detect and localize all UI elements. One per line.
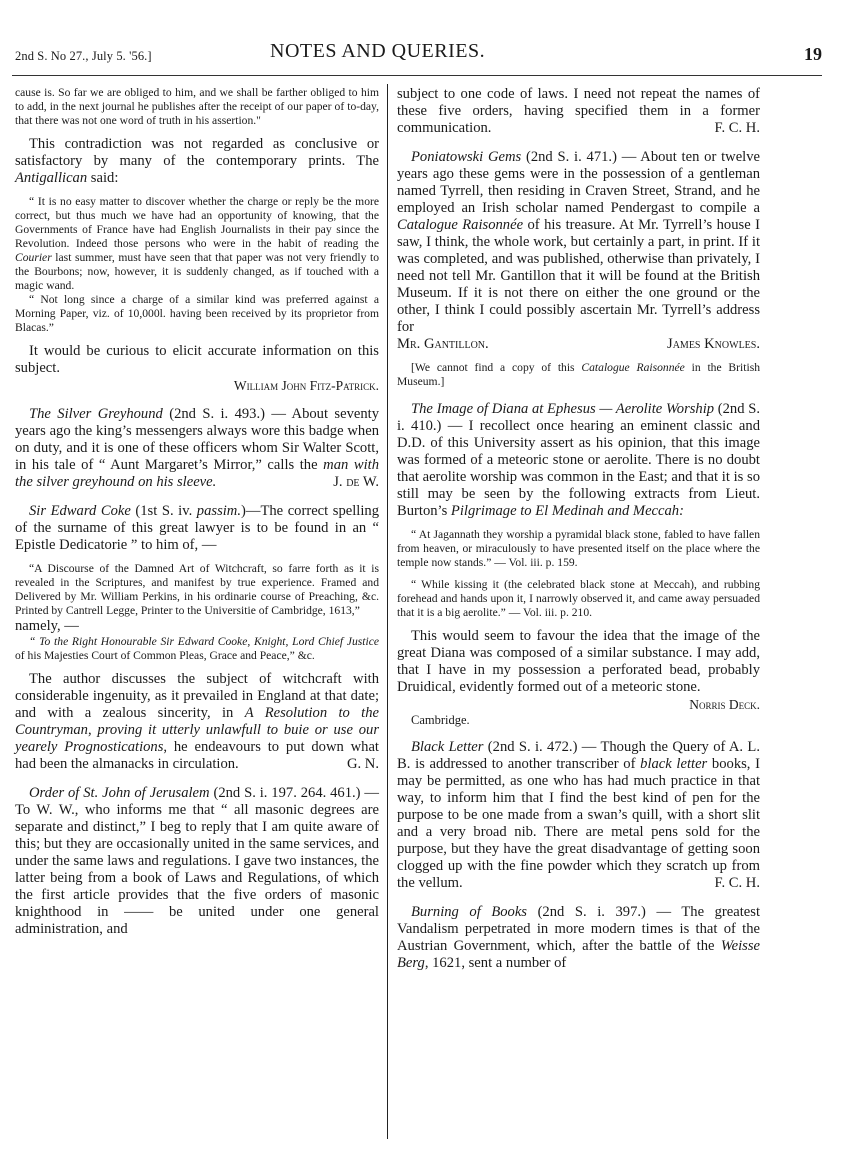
article-burning-of-books: Burning of Books (2nd S. i. 397.) — The … <box>397 904 760 972</box>
text: (2nd S. i. 410.) — I recollect once hear… <box>397 401 760 519</box>
block-quote: “ While kissing it (the celebrated black… <box>397 578 760 620</box>
article-title: Order of St. John of Jerusalem <box>29 785 210 801</box>
signature: James Knowles. <box>667 336 760 353</box>
editor-note: [We cannot find a copy of this Catalogue… <box>397 361 760 389</box>
text: , <box>88 722 97 738</box>
header-rule <box>12 75 822 76</box>
text: “ It is no easy matter to discover wheth… <box>15 195 379 250</box>
article-title: Black Letter <box>411 739 483 755</box>
block-quote: “ At Jagannath they worship a pyramidal … <box>397 528 760 570</box>
running-header: 2nd S. No 27., July 5. '56.] NOTES AND Q… <box>15 44 822 70</box>
block-quote: “A Discourse of the Damned Art of Witchc… <box>15 562 379 618</box>
paragraph: namely, — <box>15 618 379 635</box>
article-title: Sir Edward Coke <box>29 503 131 519</box>
text: Mr. Gantillon. <box>397 336 489 353</box>
paragraph: The author discusses the subject of witc… <box>15 671 379 773</box>
block-quote: “ To the Right Honourable Sir Edward Coo… <box>15 635 379 663</box>
text: said: <box>87 170 118 186</box>
signature: F. C. H. <box>715 120 760 137</box>
text: This contradiction was not regarded as c… <box>15 136 379 169</box>
journal-title: NOTES AND QUERIES. <box>270 40 485 63</box>
text: (1st S. iv. <box>131 503 197 519</box>
block-quote: “ Not long since a charge of a similar k… <box>15 293 379 335</box>
place: Cambridge. <box>397 713 760 727</box>
article-title: The Silver Greyhound <box>29 406 163 422</box>
italic-title: Catalogue Raisonnée <box>397 217 523 233</box>
issue-info: 2nd S. No 27., July 5. '56.] <box>15 49 152 64</box>
text: subject to one code of laws. I need not … <box>397 86 760 136</box>
text: (2nd S. i. 197. 264. 461.) — To W. W., w… <box>15 785 379 937</box>
article-title: The Image of Diana at Ephesus — Aerolite… <box>411 401 714 417</box>
article-sir-edward-coke: Sir Edward Coke (1st S. iv. passim.)—The… <box>15 503 379 554</box>
italic-text: “ To the Right Honourable Sir Edward Coo… <box>29 635 379 648</box>
right-column: subject to one code of laws. I need not … <box>397 86 760 972</box>
italic-title: Antigallican <box>15 170 87 186</box>
italic-title: Pilgrimage to El Medinah and Meccah: <box>451 503 684 519</box>
paragraph: This would seem to favour the idea that … <box>397 628 760 696</box>
text: , 1621, sent a number of <box>425 955 566 971</box>
text: books, I may be permitted, as one who ha… <box>397 756 760 891</box>
quote-continuation: cause is. So far we are obliged to him, … <box>15 86 379 128</box>
italic-title: Catalogue Raisonnée <box>581 361 684 374</box>
left-column: cause is. So far we are obliged to him, … <box>15 86 379 938</box>
article-title: Poniatowski Gems <box>411 149 521 165</box>
signature: F. C. H. <box>701 875 760 892</box>
article-image-of-diana: The Image of Diana at Ephesus — Aerolite… <box>397 401 760 520</box>
text: of his Majesties Court of Common Pleas, … <box>15 649 315 662</box>
paragraph: subject to one code of laws. I need not … <box>397 86 760 137</box>
italic-title: Courier <box>15 251 52 264</box>
article-title: Burning of Books <box>411 904 527 920</box>
text: last summer, must have seen that that pa… <box>15 251 379 292</box>
text: [We cannot find a copy of this <box>411 361 581 374</box>
article-poniatowski-gems: Poniatowski Gems (2nd S. i. 471.) — Abou… <box>397 149 760 336</box>
signature: J. de W. <box>319 474 379 491</box>
paragraph: This contradiction was not regarded as c… <box>15 136 379 187</box>
page-number: 19 <box>804 44 822 65</box>
signature-line: Mr. Gantillon. James Knowles. <box>397 336 760 353</box>
block-quote: “ It is no easy matter to discover wheth… <box>15 195 379 293</box>
column-divider <box>387 84 388 1139</box>
paragraph: It would be curious to elicit accurate i… <box>15 343 379 377</box>
signature: William John Fitz-Patrick. <box>15 377 379 394</box>
italic-text: passim. <box>197 503 241 519</box>
signature: G. N. <box>333 756 379 773</box>
article-black-letter: Black Letter (2nd S. i. 472.) — Though t… <box>397 739 760 892</box>
italic-text: black letter <box>640 756 707 772</box>
text: of his treasure. At Mr. Tyrrell’s house … <box>397 217 760 335</box>
signature: Norris Deck. <box>397 696 760 713</box>
article-silver-greyhound: The Silver Greyhound (2nd S. i. 493.) — … <box>15 406 379 491</box>
article-order-st-john: Order of St. John of Jerusalem (2nd S. i… <box>15 785 379 938</box>
journal-page: 2nd S. No 27., July 5. '56.] NOTES AND Q… <box>0 0 850 1150</box>
